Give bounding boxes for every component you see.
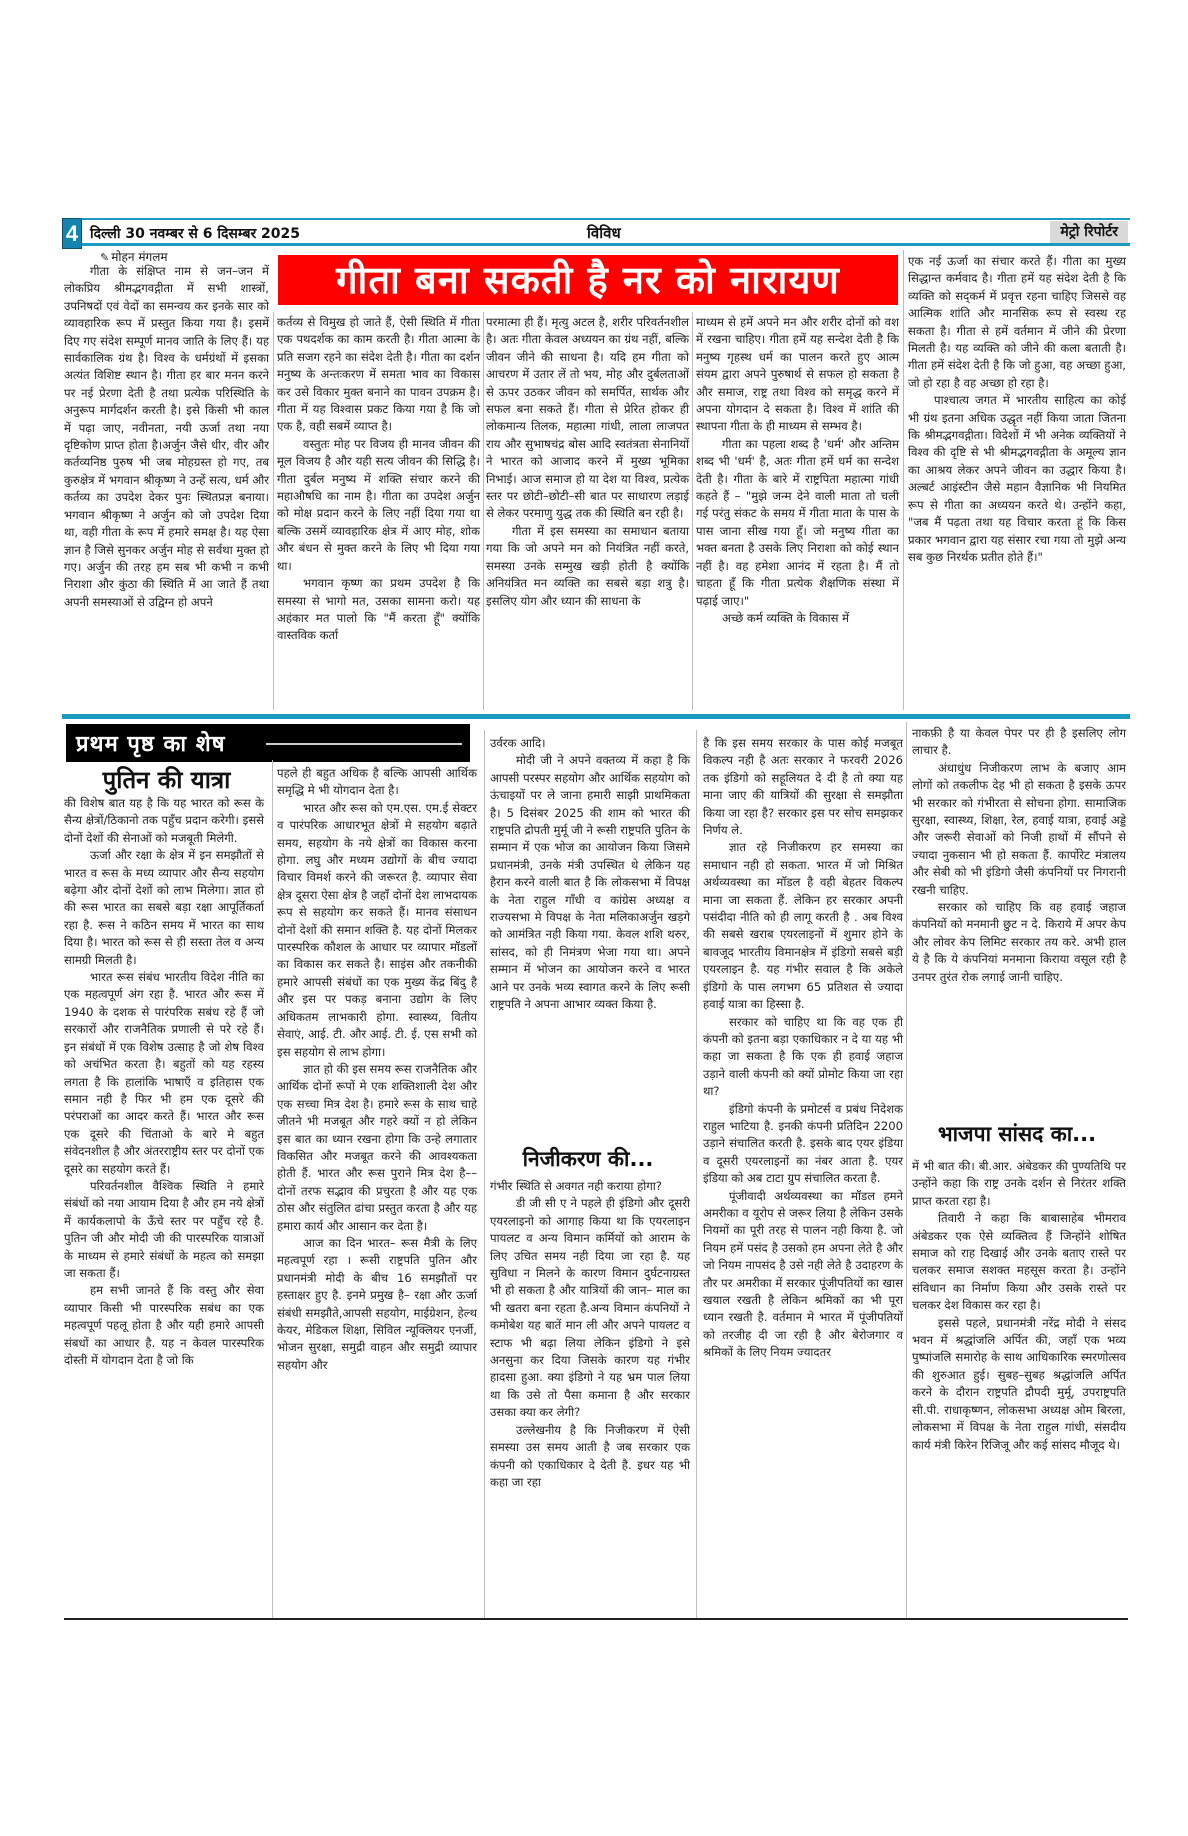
paragraph: उल्लेखनीय है कि निजीकरण में ऐसी समस्या उ… (490, 1422, 690, 1492)
paragraph: गीता का पहला शब्द है 'धर्म' और अन्तिम शब… (696, 436, 899, 610)
bjp-column-1: में भी बात की। बी.आर. अंबेडकर की पुण्यति… (912, 1158, 1126, 1454)
paragraph: इससे पहले, प्रधानमंत्री नरेंद्र मोदी ने … (912, 1315, 1126, 1454)
subhead-nijikaran: निजीकरण की... (488, 1145, 688, 1173)
nijikaran-column-2: है कि इस समय सरकार के पास कोई मजबूत विकल… (703, 735, 903, 1362)
nijikaran-column-1: गंभीर स्थिति से अवगत नही कराया होगा? डी … (490, 1178, 690, 1491)
nijikaran-column-3: नाकफ़ी है या केवल पेपर पर ही है इसलिए लो… (912, 725, 1126, 986)
author-name: मोहन मंगलम (111, 250, 167, 264)
paragraph: ज्ञात हो की इस समय रूस राजनैतिक और आर्थि… (277, 1061, 477, 1235)
paragraph: नाकफ़ी है या केवल पेपर पर ही है इसलिए लो… (912, 725, 1126, 760)
column-rule (483, 312, 484, 710)
paragraph: मोदी जी ने अपने वक्तव्य में कहा है कि आप… (490, 752, 690, 1013)
putin-column-2: पहले ही बहुत अधिक है बल्कि आपसी आर्थिक स… (277, 765, 477, 1374)
paragraph: गीता में इस समस्या का समाधान बताया गया क… (486, 523, 689, 610)
paragraph: भारत रूस संबंध भारतीय विदेश नीति का एक म… (64, 969, 264, 1178)
headline: गीता बना सकती है नर को नारायण (278, 255, 898, 305)
column-rule (273, 312, 274, 710)
paragraph: भारत और रूस को एम.एस. एम.ई सेक्टर व पारं… (277, 800, 477, 1061)
paragraph: परमात्मा ही हैं। मृत्यु अटल है, शरीर परि… (486, 314, 689, 523)
paragraph: ज्ञात रहे निजीकरण हर समस्या का समाधान नह… (703, 839, 903, 1013)
paragraph: हम सभी जानते हैं कि वस्तु और सेवा व्यापा… (64, 1282, 264, 1369)
paragraph: उर्वरक आदि। (490, 735, 690, 752)
lead-column-2: कर्तव्य से विमुख हो जाते हैं, ऐसी स्थिति… (277, 314, 480, 645)
paragraph: डी जी सी ए ने पहले ही इंडिगो और दूसरी एय… (490, 1195, 690, 1421)
paragraph: इंडिगो कंपनी के प्रमोटर्स व प्रबंध निदेश… (703, 1101, 903, 1188)
masthead: 4 दिल्ली 30 नवम्बर से 6 दिसम्बर 2025 विव… (62, 218, 1130, 246)
page-number: 4 (62, 218, 82, 249)
lead-column-3: परमात्मा ही हैं। मृत्यु अटल है, शरीर परि… (486, 314, 689, 610)
newspaper-page: 4 दिल्ली 30 नवम्बर से 6 दिसम्बर 2025 विव… (0, 0, 1188, 1836)
paragraph: की विशेष बात यह है कि यह भारत को रूस के … (64, 795, 264, 847)
paragraph: भगवान कृष्ण का प्रथम उपदेश है कि समस्या … (277, 575, 480, 645)
column-rule (906, 722, 907, 1618)
column-rule (692, 312, 693, 710)
paragraph: है कि इस समय सरकार के पास कोई मजबूत विकल… (703, 735, 903, 839)
lead-column-4: माध्यम से हमें अपने मन और शरीर दोनों को … (696, 314, 899, 627)
date-line: दिल्ली 30 नवम्बर से 6 दिसम्बर 2025 (90, 224, 300, 243)
brand-label: मेट्रो रिपोर्टर (1050, 221, 1128, 243)
paragraph: गंभीर स्थिति से अवगत नही कराया होगा? (490, 1178, 690, 1195)
lead-column-1: गीता के संक्षिप्त नाम से जन–जन में लोकप्… (64, 263, 269, 611)
paragraph: सरकार को चाहिए कि वह हवाई जहाज कंपनियों … (912, 899, 1126, 986)
paragraph: गीता के संक्षिप्त नाम से जन–जन में लोकप्… (64, 263, 269, 611)
paragraph: ऊर्जा और रक्षा के क्षेत्र में इन समझौतों… (64, 847, 264, 969)
subhead-putin: पुतिन की यात्रा (64, 763, 269, 796)
paragraph: पहले ही बहुत अधिक है बल्कि आपसी आर्थिक स… (277, 765, 477, 800)
paragraph: पूंजीवादी अर्थव्यवस्था का मॉडल हमने अमरी… (703, 1188, 903, 1362)
banner-label: प्रथम पृष्ठ का शेष (76, 728, 225, 758)
subhead-bjp: भाजपा सांसद का... (908, 1120, 1126, 1148)
paragraph: में भी बात की। बी.आर. अंबेडकर की पुण्यति… (912, 1158, 1126, 1210)
putin-column-3: उर्वरक आदि। मोदी जी ने अपने वक्तव्य में … (490, 735, 690, 1014)
paragraph: तिवारी ने कहा कि बाबासाहेब भीमराव अंबेडक… (912, 1210, 1126, 1314)
paragraph: माध्यम से हमें अपने मन और शरीर दोनों को … (696, 314, 899, 436)
page-bottom-rule (64, 1618, 1128, 1620)
paragraph: परिवर्तनशील वैश्विक स्थिति ने हमारे संबं… (64, 1178, 264, 1282)
continued-banner: प्रथम पृष्ठ का शेष (66, 724, 470, 762)
paragraph: अंधाधुंध निजीकरण लाभ के बजाए आम लोगों को… (912, 760, 1126, 899)
paragraph: वस्तुतः मोह पर विजय ही मानव जीवन की मूल … (277, 436, 480, 575)
section-divider (62, 714, 1130, 719)
banner-rule (266, 743, 462, 745)
column-rule (696, 730, 697, 1618)
paragraph: सरकार को चाहिए था कि वह एक ही कंपनी को इ… (703, 1014, 903, 1101)
column-rule (484, 730, 485, 1618)
lead-column-5: एक नई ऊर्जा का संचार करते हैं। गीता का म… (908, 253, 1126, 566)
section-name: विविध (587, 223, 621, 243)
column-rule (272, 760, 273, 1618)
putin-column-1: की विशेष बात यह है कि यह भारत को रूस के … (64, 795, 264, 1369)
paragraph: अच्छे कर्म व्यक्ति के विकास में (696, 610, 899, 627)
paragraph: कर्तव्य से विमुख हो जाते हैं, ऐसी स्थिति… (277, 314, 480, 436)
paragraph: पाश्चात्य जगत में भारतीय साहित्य का कोई … (908, 392, 1126, 566)
paragraph: एक नई ऊर्जा का संचार करते हैं। गीता का म… (908, 253, 1126, 392)
column-rule (903, 250, 904, 710)
paragraph: आज का दिन भारत– रूस मैत्री के लिए महत्वप… (277, 1235, 477, 1374)
